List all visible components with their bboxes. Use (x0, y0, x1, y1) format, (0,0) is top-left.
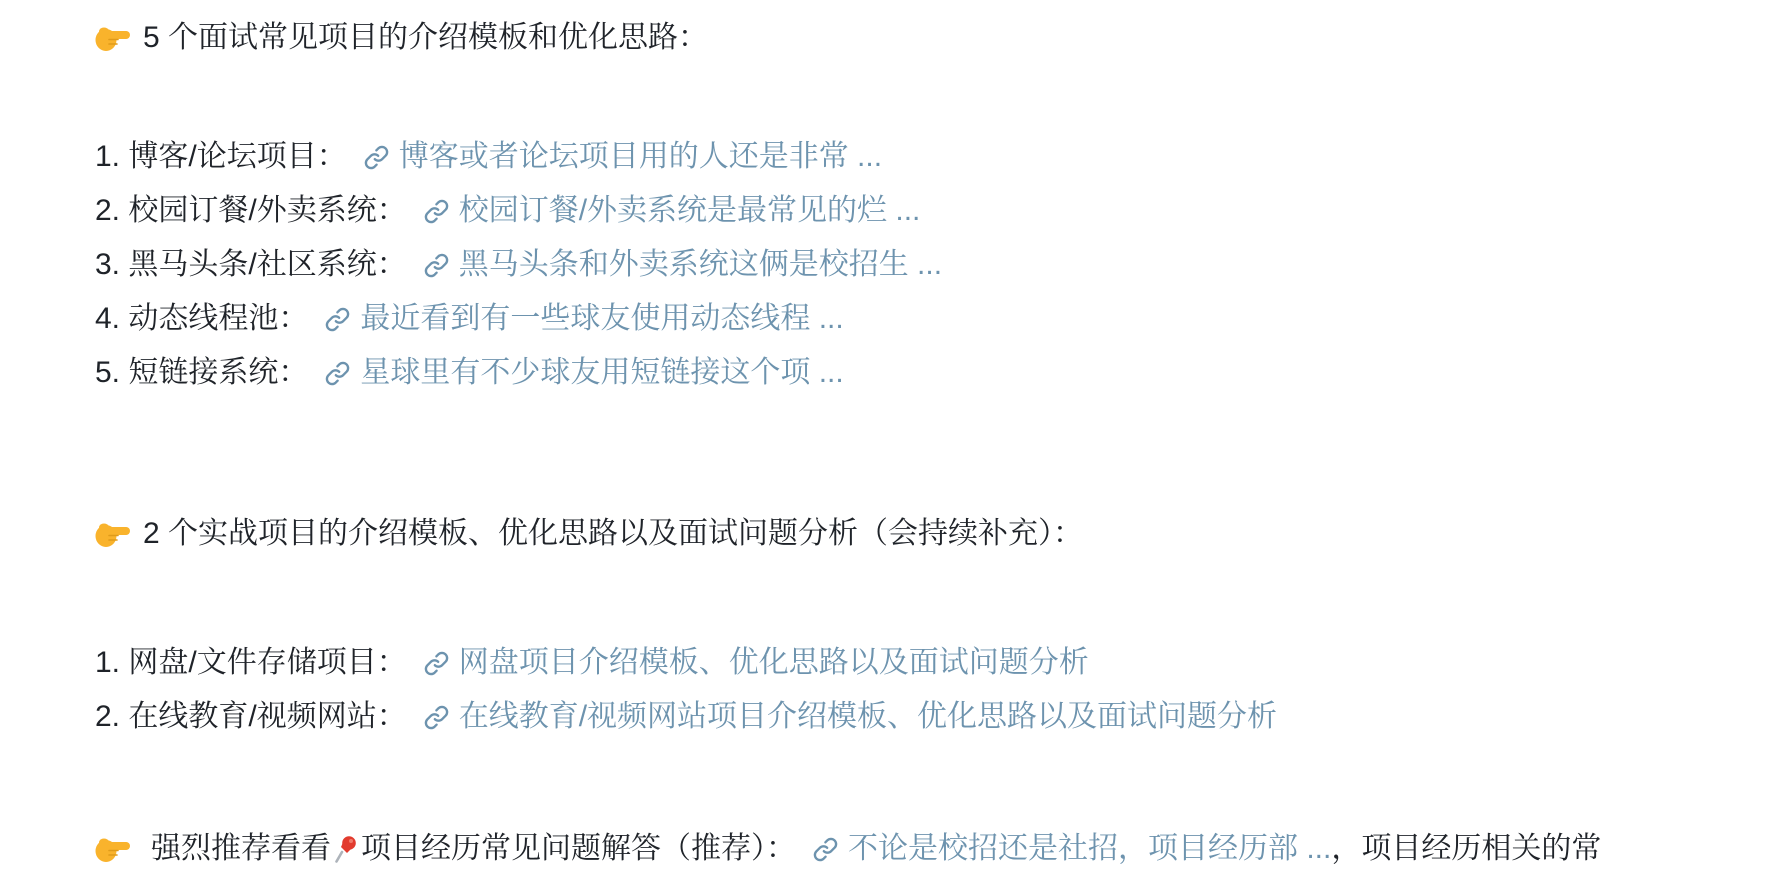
footer-tail-text: ，项目经历相关的常 (1331, 822, 1601, 876)
list-item: 4. 动态线程池： 最近看到有一些球友使用动态线程 ... (95, 292, 1756, 346)
footer-lead-text: 强烈推荐看看 (151, 822, 331, 876)
pushpin-icon (333, 834, 359, 864)
doc-link[interactable]: 不论是校招还是社招，项目经历部 ... (812, 822, 1331, 876)
link-icon (423, 650, 450, 677)
list-item: 2. 校园订餐/外卖系统： 校园订餐/外卖系统是最常见的烂 ... (95, 184, 1756, 238)
list-item: 2. 在线教育/视频网站： 在线教育/视频网站项目介绍模板、优化思路以及面试问题… (95, 690, 1756, 744)
project-list-1: 1. 博客/论坛项目： 博客或者论坛项目用的人还是非常 ... 2. 校园订餐/… (95, 130, 1756, 400)
doc-link[interactable]: 最近看到有一些球友使用动态线程 ... (324, 292, 843, 346)
doc-link[interactable]: 在线教育/视频网站项目介绍模板、优化思路以及面试问题分析 (423, 690, 1277, 744)
link-icon (363, 144, 390, 171)
doc-link[interactable]: 网盘项目介绍模板、优化思路以及面试问题分析 (423, 636, 1089, 690)
section-1-heading: 5 个面试常见项目的介绍模板和优化思路： (95, 16, 1756, 60)
list-item: 3. 黑马头条/社区系统： 黑马头条和外卖系统这俩是校招生 ... (95, 238, 1756, 292)
item-label: 2. 在线教育/视频网站： (95, 690, 407, 744)
item-label: 5. 短链接系统： (95, 346, 308, 400)
list-item: 1. 网盘/文件存储项目： 网盘项目介绍模板、优化思路以及面试问题分析 (95, 636, 1756, 690)
doc-link[interactable]: 博客或者论坛项目用的人还是非常 ... (363, 130, 882, 184)
pointing-finger-icon (95, 22, 131, 54)
item-label: 2. 校园订餐/外卖系统： (95, 184, 407, 238)
pointing-finger-icon (95, 833, 131, 865)
item-label: 1. 网盘/文件存储项目： (95, 636, 407, 690)
pointing-finger-icon (95, 518, 131, 550)
recommendation-line: 强烈推荐看看 项目经历常见问题解答（推荐）： 不论是校招还是社招，项目经历部 .… (95, 822, 1756, 876)
link-icon (423, 704, 450, 731)
item-label: 4. 动态线程池： (95, 292, 308, 346)
link-icon (324, 360, 351, 387)
heading-text: 2 个实战项目的介绍模板、优化思路以及面试问题分析（会持续补充）： (143, 512, 1083, 556)
link-icon (423, 252, 450, 279)
document-page: 5 个面试常见项目的介绍模板和优化思路： 1. 博客/论坛项目： 博客或者论坛项… (0, 0, 1786, 884)
project-list-2: 1. 网盘/文件存储项目： 网盘项目介绍模板、优化思路以及面试问题分析 2. 在… (95, 636, 1756, 744)
doc-link-text: 网盘项目介绍模板、优化思路以及面试问题分析 (459, 636, 1089, 690)
link-icon (324, 306, 351, 333)
doc-link-text: 校园订餐/外卖系统是最常见的烂 ... (459, 184, 921, 238)
list-item: 5. 短链接系统： 星球里有不少球友用短链接这个项 ... (95, 346, 1756, 400)
doc-link-text: 在线教育/视频网站项目介绍模板、优化思路以及面试问题分析 (459, 690, 1277, 744)
doc-link[interactable]: 校园订餐/外卖系统是最常见的烂 ... (423, 184, 921, 238)
doc-link[interactable]: 黑马头条和外卖系统这俩是校招生 ... (423, 238, 942, 292)
doc-link-text: 星球里有不少球友用短链接这个项 ... (360, 346, 843, 400)
doc-link-text: 博客或者论坛项目用的人还是非常 ... (399, 130, 882, 184)
doc-link[interactable]: 星球里有不少球友用短链接这个项 ... (324, 346, 843, 400)
list-item: 1. 博客/论坛项目： 博客或者论坛项目用的人还是非常 ... (95, 130, 1756, 184)
link-icon (423, 198, 450, 225)
heading-text: 5 个面试常见项目的介绍模板和优化思路： (143, 16, 708, 60)
link-icon (812, 836, 839, 863)
doc-link-text: 黑马头条和外卖系统这俩是校招生 ... (459, 238, 942, 292)
section-2-heading: 2 个实战项目的介绍模板、优化思路以及面试问题分析（会持续补充）： (95, 512, 1756, 556)
item-label: 1. 博客/论坛项目： (95, 130, 347, 184)
footer-title-text: 项目经历常见问题解答（推荐）： (361, 822, 796, 876)
item-label: 3. 黑马头条/社区系统： (95, 238, 407, 292)
doc-link-text: 最近看到有一些球友使用动态线程 ... (360, 292, 843, 346)
doc-link-text: 不论是校招还是社招，项目经历部 ... (848, 822, 1331, 876)
